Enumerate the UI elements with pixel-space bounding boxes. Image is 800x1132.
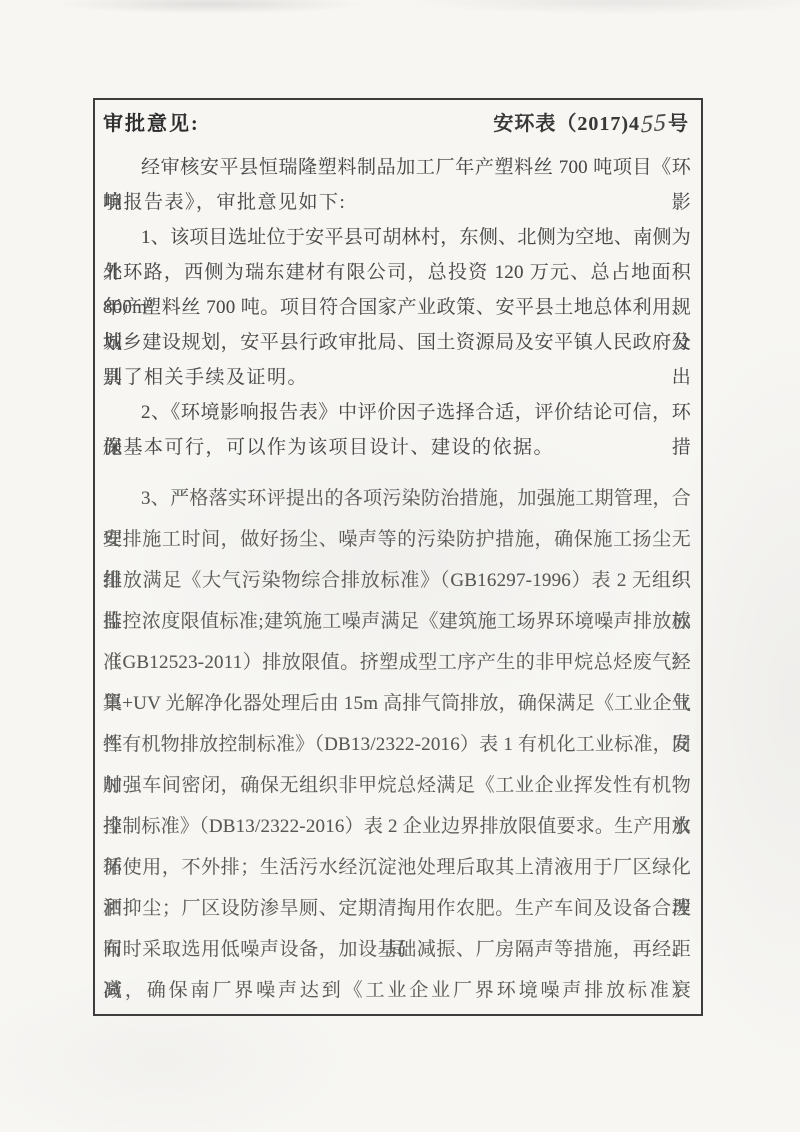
header-row: 审批意见: 安环表（2017)455号 bbox=[103, 100, 691, 150]
text-line: 经审核安平县恒瑞隆塑料制品加工厂年产塑料丝 700 吨项目《环境影 bbox=[103, 150, 691, 185]
text-line: 洒抑尘；厂区设防渗旱厕、定期清掏用作农肥。生产车间及设备合理布局、 bbox=[103, 888, 691, 929]
text-line: 2、《环境影响报告表》中评价因子选择合适，评价结论可信，环保措 bbox=[103, 395, 691, 430]
approval-opinion-label: 审批意见: bbox=[103, 107, 200, 136]
text-line: 加强车间密闭，确保无组织非甲烷总烃满足《工业企业挥发性有机物排放 bbox=[103, 765, 691, 806]
text-line: 减，确保南厂界噪声达到《工业企业厂界环境噪声排放标准》 bbox=[103, 970, 691, 1011]
text-line: 监控浓度限值标准;建筑施工噪声满足《建筑施工场界环境噪声排放标准》 bbox=[103, 601, 691, 642]
document-number-handwritten: 55 bbox=[641, 110, 668, 140]
scanned-document-page: { "palette": { "paper": "#f7f6f3", "bord… bbox=[0, 0, 800, 1132]
text-line: 年产塑料丝 700 吨。项目符合国家产业政策、安平县土地总体利用规划及 bbox=[103, 290, 691, 325]
document-border-box: 审批意见: 安环表（2017)455号 经审核安平县恒瑞隆塑料制品加工厂年产塑料… bbox=[93, 98, 703, 1016]
document-number-suffix: 号 bbox=[668, 113, 689, 135]
text-line: 外环路，西侧为瑞东建材有限公司，总投资 120 万元、总占地面积 800m²、 bbox=[103, 255, 691, 290]
document-number: 安环表（2017)455号 bbox=[493, 107, 689, 137]
text-line: 城乡建设规划，安平县行政审批局、国土资源局及安平镇人民政府分别出 bbox=[103, 325, 691, 360]
text-line: 环使用，不外排；生活污水经沉淀池处理后取其上清液用于厂区绿化和泼 bbox=[103, 847, 691, 888]
paragraph-gap bbox=[103, 465, 691, 478]
text-line: 罩+UV 光解净化器处理后由 15m 高排气筒排放，确保满足《工业企业挥发 bbox=[103, 683, 691, 724]
text-line: 同时采取选用低噪声设备，加设基础减振、厂房隔声等措施，再经距离衰 bbox=[103, 929, 691, 970]
text-line: 性有机物排放控制标准》（DB13/2322-2016）表 1 有机化工业标准，同… bbox=[103, 724, 691, 765]
text-line: 控制标准》（DB13/2322-2016）表 2 企业边界排放限值要求。生产用水… bbox=[103, 806, 691, 847]
text-line: （GB12523-2011）排放限值。挤塑成型工序产生的非甲烷总烃废气经集气 bbox=[103, 642, 691, 683]
text-line: 安排施工时间，做好扬尘、噪声等的污染防护措施，确保施工扬尘无组织 bbox=[103, 519, 691, 560]
text-line: 排放满足《大气污染物综合排放标准》（GB16297-1996）表 2 无组织排放 bbox=[103, 560, 691, 601]
text-line: 1、该项目选址位于安平县可胡林村，东侧、北侧为空地、南侧为北 bbox=[103, 220, 691, 255]
text-line: 3、严格落实环评提出的各项污染防治措施，加强施工期管理，合理 bbox=[103, 478, 691, 519]
document-number-prefix: 安环表（2017)4 bbox=[493, 113, 640, 135]
